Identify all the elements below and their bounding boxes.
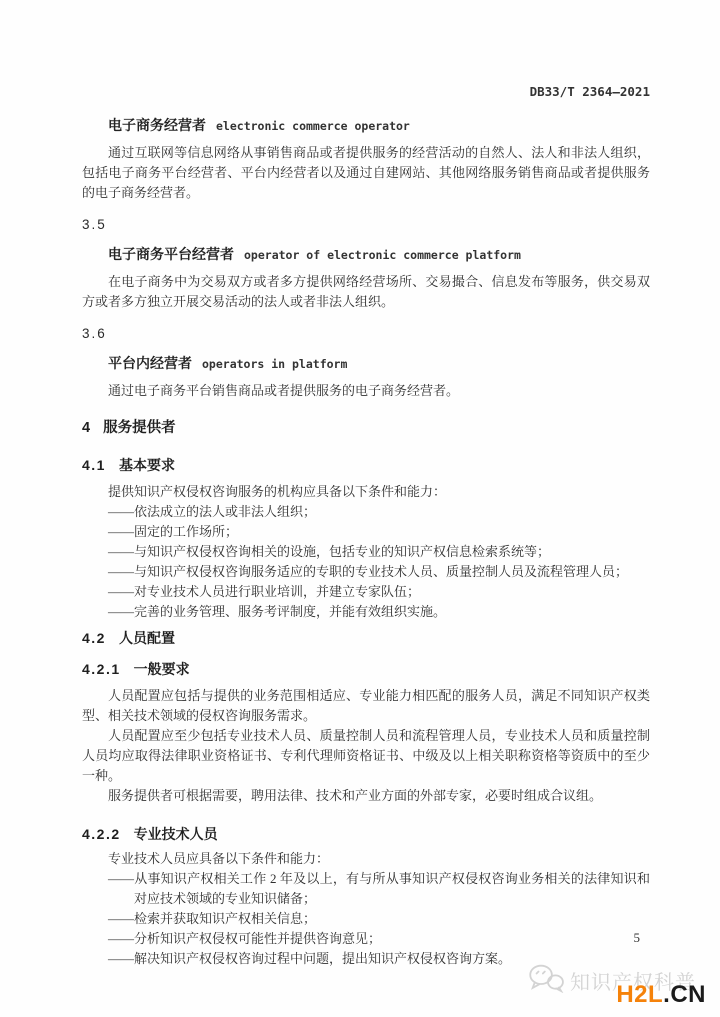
- brand-dark: .CN: [663, 981, 706, 1008]
- paragraph: 提供知识产权侵权咨询服务的机构应具备以下条件和能力：: [82, 482, 650, 502]
- subsection-number: 4.2.1: [82, 661, 121, 677]
- term-heading: 平台内经营者 operators in platform: [82, 354, 650, 373]
- section-number: 4: [82, 420, 91, 436]
- term-definition: 通过互联网等信息网络从事销售商品或者提供服务的经营活动的自然人、法人和非法人组织…: [82, 143, 650, 203]
- term-definition: 在电子商务中为交易双方或者多方提供网络经营场所、交易撮合、信息发布等服务，供交易…: [82, 272, 650, 312]
- wechat-icon: [528, 963, 564, 998]
- page-number: 5: [634, 930, 641, 946]
- subsection-title: 人员配置: [119, 630, 175, 646]
- clause-number: 3.6: [82, 326, 650, 342]
- doc-code: DB33/T 2364—2021: [82, 84, 650, 100]
- list-item: ——依法成立的法人或非法人组织；: [82, 502, 650, 522]
- clause-number: 3.5: [82, 217, 650, 233]
- term-en: operators in platform: [202, 357, 347, 371]
- paragraph: 服务提供者可根据需要，聘用法律、技术和产业方面的外部专家，必要时组成合议组。: [82, 786, 650, 806]
- subsection-heading: 4.2人员配置: [82, 630, 650, 647]
- list-item: ——对专业技术人员进行职业培训，并建立专家队伍；: [82, 582, 650, 602]
- list-item: ——完善的业务管理、服务考评制度，并能有效组织实施。: [82, 602, 650, 622]
- list-item: ——与知识产权侵权咨询服务适应的专职的专业技术人员、质量控制人员及流程管理人员；: [82, 562, 650, 582]
- list-item: ——检索并获取知识产权相关信息；: [82, 909, 650, 929]
- subsection-number: 4.1: [82, 457, 106, 473]
- subsection-number: 4.2.2: [82, 826, 121, 842]
- dash-list: ——依法成立的法人或非法人组织； ——固定的工作场所； ——与知识产权侵权咨询相…: [82, 502, 650, 622]
- term-definition: 通过电子商务平台销售商品或者提供服务的电子商务经营者。: [82, 381, 650, 401]
- subsection-title: 一般要求: [134, 661, 190, 677]
- term-zh: 电子商务平台经营者: [108, 246, 234, 262]
- dash-list: ——从事知识产权相关工作 2 年及以上，有与所从事知识产权侵权咨询业务相关的法律…: [82, 869, 650, 969]
- brand-orange: H2L: [616, 981, 663, 1008]
- list-item: ——固定的工作场所；: [82, 522, 650, 542]
- term-zh: 平台内经营者: [108, 355, 192, 371]
- list-item: ——分析知识产权侵权可能性并提供咨询意见；: [82, 929, 650, 949]
- subsection-heading: 4.1基本要求: [82, 457, 650, 474]
- section-title: 服务提供者: [103, 420, 176, 436]
- section-heading: 4服务提供者: [82, 419, 650, 437]
- subsection-title: 专业技术人员: [134, 826, 218, 842]
- list-item: ——从事知识产权相关工作 2 年及以上，有与所从事知识产权侵权咨询业务相关的法律…: [82, 869, 650, 909]
- paragraph: 人员配置应至少包括专业技术人员、质量控制人员和流程管理人员，专业技术人员和质量控…: [82, 726, 650, 786]
- paragraph: 人员配置应包括与提供的业务范围相适应、专业能力相匹配的服务人员，满足不同知识产权…: [82, 686, 650, 726]
- term-en: operator of electronic commerce platform: [244, 248, 521, 262]
- brand-logo: H2L.CN: [616, 983, 706, 1007]
- document-page: DB33/T 2364—2021 电子商务经营者 electronic comm…: [0, 0, 720, 1017]
- term-zh: 电子商务经营者: [108, 117, 206, 133]
- page-content: DB33/T 2364—2021 电子商务经营者 electronic comm…: [82, 0, 650, 969]
- subsection-heading: 4.2.2专业技术人员: [82, 826, 650, 843]
- list-item: ——与知识产权侵权咨询相关的设施，包括专业的知识产权信息检索系统等；: [82, 542, 650, 562]
- term-heading: 电子商务经营者 electronic commerce operator: [82, 116, 650, 135]
- paragraph: 专业技术人员应具备以下条件和能力：: [82, 849, 650, 869]
- subsection-title: 基本要求: [119, 457, 175, 473]
- subsection-number: 4.2: [82, 630, 106, 646]
- term-en: electronic commerce operator: [216, 119, 410, 133]
- term-heading: 电子商务平台经营者 operator of electronic commerc…: [82, 245, 650, 264]
- subsection-heading: 4.2.1一般要求: [82, 661, 650, 678]
